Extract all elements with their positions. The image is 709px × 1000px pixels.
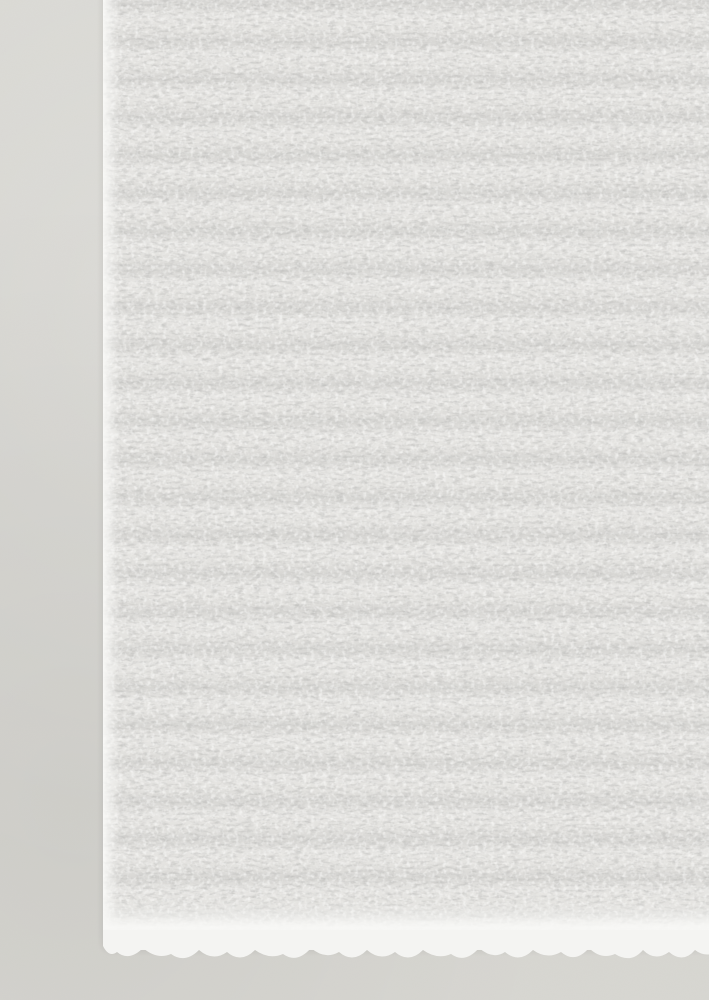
shag-rug (103, 0, 709, 950)
rug-fringe-tufts (103, 930, 709, 966)
photo-scene (0, 0, 709, 1000)
rug-left-edge (103, 0, 119, 950)
rug-pile-texture (103, 0, 709, 950)
